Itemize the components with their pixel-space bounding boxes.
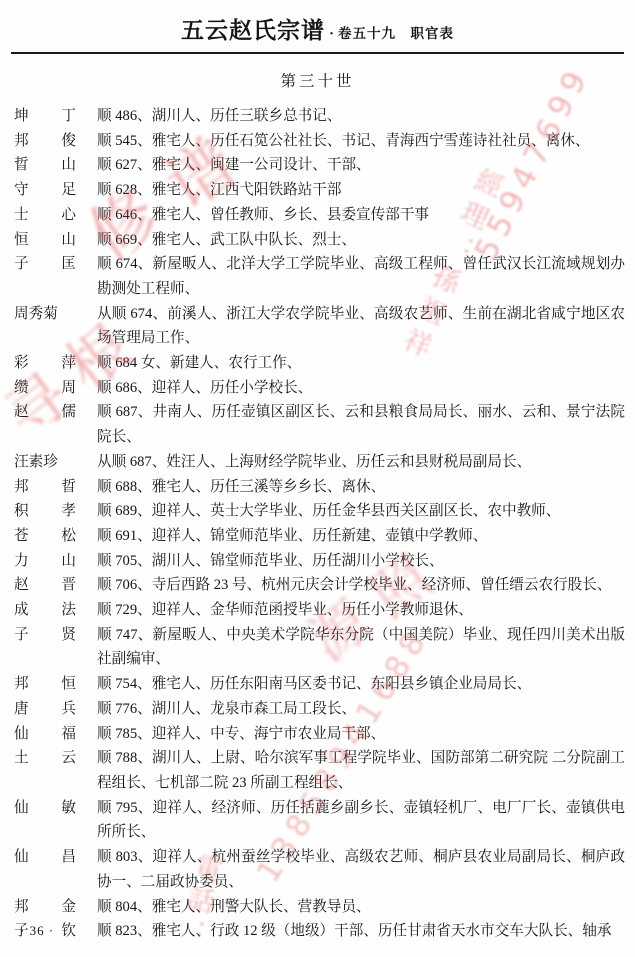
table-row: 邦俊 顺 545、雅宅人、历任石笕公社社长、书记、青海西宁雪莲诗社社员、离休、 [14, 129, 625, 154]
table-row: 土云 顺 788、湖川人、上尉、哈尔滨军事工程学院毕业、国防部第二研究院 二分院… [14, 746, 625, 795]
entry-text: 顺 705、湖川人、锦堂师范毕业、历任湖川小学校长、 [76, 549, 625, 574]
entry-text: 顺 627、雅宅人、闽建一公司设计、干部、 [76, 153, 625, 178]
entry-name: 周秀菊 [14, 302, 76, 327]
entry-text: 顺 545、雅宅人、历任石笕公社社长、书记、青海西宁雪莲诗社社员、离休、 [76, 129, 625, 154]
entry-text: 顺 669、雅宅人、武工队中队长、烈士、 [76, 228, 625, 253]
table-row: 汪素珍 从顺 687、姓汪人、上海财经学院毕业、历任云和县财税局副局长、 [14, 450, 625, 475]
table-row: 缵周 顺 686、迎祥人、历任小学校长、 [14, 376, 625, 401]
entry-text: 顺 729、迎祥人、金华师范函授毕业、历任小学教师退休、 [76, 598, 625, 623]
entry-name: 仙敏 [14, 796, 76, 821]
entry-text: 从顺 674、前溪人、浙江大学农学院毕业、高级农艺师、生前在湖北省咸宁地区农场管… [76, 302, 625, 351]
entry-name: 汪素珍 [14, 450, 76, 475]
entry-name: 土云 [14, 746, 76, 771]
officials-list: 坤丁 顺 486、湖川人、历任三联乡总书记、 邦俊 顺 545、雅宅人、历任石笕… [0, 104, 635, 944]
entry-name: 苍松 [14, 524, 76, 549]
entry-name: 恒山 [14, 228, 76, 253]
entry-text: 顺 687、井南人、历任壶镇区副区长、云和县粮食局局长、丽水、云和、景宁法院院长… [76, 400, 625, 449]
entry-text: 顺 628、雅宅人、江西弋阳铁路站干部 [76, 178, 625, 203]
entry-name: 缵周 [14, 376, 76, 401]
genealogy-document-page: 五云赵氏宗谱·卷五十九 职官表 第三十世 坤丁 顺 486、湖川人、历任三联乡总… [0, 0, 635, 957]
generation-section-title: 第三十世 [0, 69, 635, 91]
entry-text: 顺 754、雅宅人、历任东阳南马区委书记、东阳县乡镇企业局局长、 [76, 672, 625, 697]
entry-text: 顺 684 女、新建人、农行工作、 [76, 351, 625, 376]
entry-text: 顺 646、雅宅人、曾任教师、乡长、县委宣传部干事 [76, 203, 625, 228]
table-row: 士心 顺 646、雅宅人、曾任教师、乡长、县委宣传部干事 [14, 203, 625, 228]
entry-text: 顺 747、新屋畈人、中央美术学院华东分院（中国美院）毕业、现任四川美术出版社副… [76, 623, 625, 672]
entry-name: 邦晢 [14, 475, 76, 500]
entry-text: 顺 804、雅宅人、刑警大队长、营教导员、 [76, 895, 625, 920]
entry-name: 守足 [14, 178, 76, 203]
book-title: 五云赵氏宗谱 [181, 18, 325, 43]
table-row: 邦金 顺 804、雅宅人、刑警大队长、营教导员、 [14, 895, 625, 920]
entry-name: 彩萍 [14, 351, 76, 376]
entry-name: 赵晋 [14, 573, 76, 598]
entry-text: 顺 686、迎祥人、历任小学校长、 [76, 376, 625, 401]
table-row: 邦恒 顺 754、雅宅人、历任东阳南马区委书记、东阳县乡镇企业局局长、 [14, 672, 625, 697]
entry-text: 顺 688、雅宅人、历任三溪等乡乡长、离休、 [76, 475, 625, 500]
volume-subtitle: 卷五十九 职官表 [338, 26, 454, 41]
entry-name: 力山 [14, 549, 76, 574]
table-row: 力山 顺 705、湖川人、锦堂师范毕业、历任湖川小学校长、 [14, 549, 625, 574]
entry-name: 晢山 [14, 153, 76, 178]
entry-name: 邦金 [14, 895, 76, 920]
entry-name: 子贤 [14, 623, 76, 648]
entry-name: 仙福 [14, 722, 76, 747]
entry-text: 顺 689、迎祥人、英士大学毕业、历任金华县西关区副区长、农中教师、 [76, 499, 625, 524]
table-row: 赵晋 顺 706、寺后西路 23 号、杭州元庆会计学校毕业、经济师、曾任缙云农行… [14, 573, 625, 598]
table-row: 坤丁 顺 486、湖川人、历任三联乡总书记、 [14, 104, 625, 129]
header-rule [11, 52, 624, 54]
entry-name: 邦俊 [14, 129, 76, 154]
entry-name: 士心 [14, 203, 76, 228]
entry-text: 顺 795、迎祥人、经济师、历任括蔍乡副乡长、壶镇轻机厂、电厂厂长、壶镇供电所所… [76, 796, 625, 845]
table-row: 恒山 顺 669、雅宅人、武工队中队长、烈士、 [14, 228, 625, 253]
table-row: 守足 顺 628、雅宅人、江西弋阳铁路站干部 [14, 178, 625, 203]
entry-name: 成法 [14, 598, 76, 623]
entry-text: 顺 776、湖川人、龙泉市森工局工段长、 [76, 697, 625, 722]
entry-text: 顺 823、雅宅人、行政 12 级（地级）干部、历任甘肃省天水市交车大队长、轴承 [76, 919, 625, 944]
entry-name: 仙昌 [14, 845, 76, 870]
entry-name: 坤丁 [14, 104, 76, 129]
entry-name: 子匡 [14, 252, 76, 277]
table-row: 子匡 顺 674、新屋畈人、北洋大学工学院毕业、高级工程师、曾任武汉长江流域规划… [14, 252, 625, 301]
page-header: 五云赵氏宗谱·卷五十九 职官表 [0, 0, 635, 45]
table-row: 赵儒 顺 687、井南人、历任壶镇区副区长、云和县粮食局局长、丽水、云和、景宁法… [14, 400, 625, 449]
entry-text: 顺 691、迎祥人、锦堂师范毕业、历任新建、壶镇中学教师、 [76, 524, 625, 549]
table-row: 仙福 顺 785、迎祥人、中专、海宁市农业局干部、 [14, 722, 625, 747]
entry-name: 赵儒 [14, 400, 76, 425]
entry-text: 顺 706、寺后西路 23 号、杭州元庆会计学校毕业、经济师、曾任缙云农行股长、 [76, 573, 625, 598]
entry-text: 从顺 687、姓汪人、上海财经学院毕业、历任云和县财税局副局长、 [76, 450, 625, 475]
table-row: 子钦 顺 823、雅宅人、行政 12 级（地级）干部、历任甘肃省天水市交车大队长… [14, 919, 625, 944]
table-row: 仙敏 顺 795、迎祥人、经济师、历任括蔍乡副乡长、壶镇轻机厂、电厂厂长、壶镇供… [14, 796, 625, 845]
table-row: 苍松 顺 691、迎祥人、锦堂师范毕业、历任新建、壶镇中学教师、 [14, 524, 625, 549]
title-separator-dot: · [329, 26, 334, 42]
entry-text: 顺 803、迎祥人、杭州蚕丝学校毕业、高级农艺师、桐庐县农业局副局长、桐庐政协一… [76, 845, 625, 894]
entry-text: 顺 785、迎祥人、中专、海宁市农业局干部、 [76, 722, 625, 747]
entry-name: 唐兵 [14, 697, 76, 722]
table-row: 积孝 顺 689、迎祥人、英士大学毕业、历任金华县西关区副区长、农中教师、 [14, 499, 625, 524]
table-row: 晢山 顺 627、雅宅人、闽建一公司设计、干部、 [14, 153, 625, 178]
entry-text: 顺 788、湖川人、上尉、哈尔滨军事工程学院毕业、国防部第二研究院 二分院副工程… [76, 746, 625, 795]
table-row: 成法 顺 729、迎祥人、金华师范函授毕业、历任小学教师退休、 [14, 598, 625, 623]
table-row: 子贤 顺 747、新屋畈人、中央美术学院华东分院（中国美院）毕业、现任四川美术出… [14, 623, 625, 672]
entry-text: 顺 486、湖川人、历任三联乡总书记、 [76, 104, 625, 129]
table-row: 仙昌 顺 803、迎祥人、杭州蚕丝学校毕业、高级农艺师、桐庐县农业局副局长、桐庐… [14, 845, 625, 894]
entry-name: 邦恒 [14, 672, 76, 697]
entry-name: 积孝 [14, 499, 76, 524]
page-number: · 36 · [20, 923, 54, 939]
table-row: 唐兵 顺 776、湖川人、龙泉市森工局工段长、 [14, 697, 625, 722]
table-row: 彩萍 顺 684 女、新建人、农行工作、 [14, 351, 625, 376]
table-row: 邦晢 顺 688、雅宅人、历任三溪等乡乡长、离休、 [14, 475, 625, 500]
table-row: 周秀菊 从顺 674、前溪人、浙江大学农学院毕业、高级农艺师、生前在湖北省咸宁地… [14, 302, 625, 351]
entry-text: 顺 674、新屋畈人、北洋大学工学院毕业、高级工程师、曾任武汉长江流域规划办勘测… [76, 252, 625, 301]
